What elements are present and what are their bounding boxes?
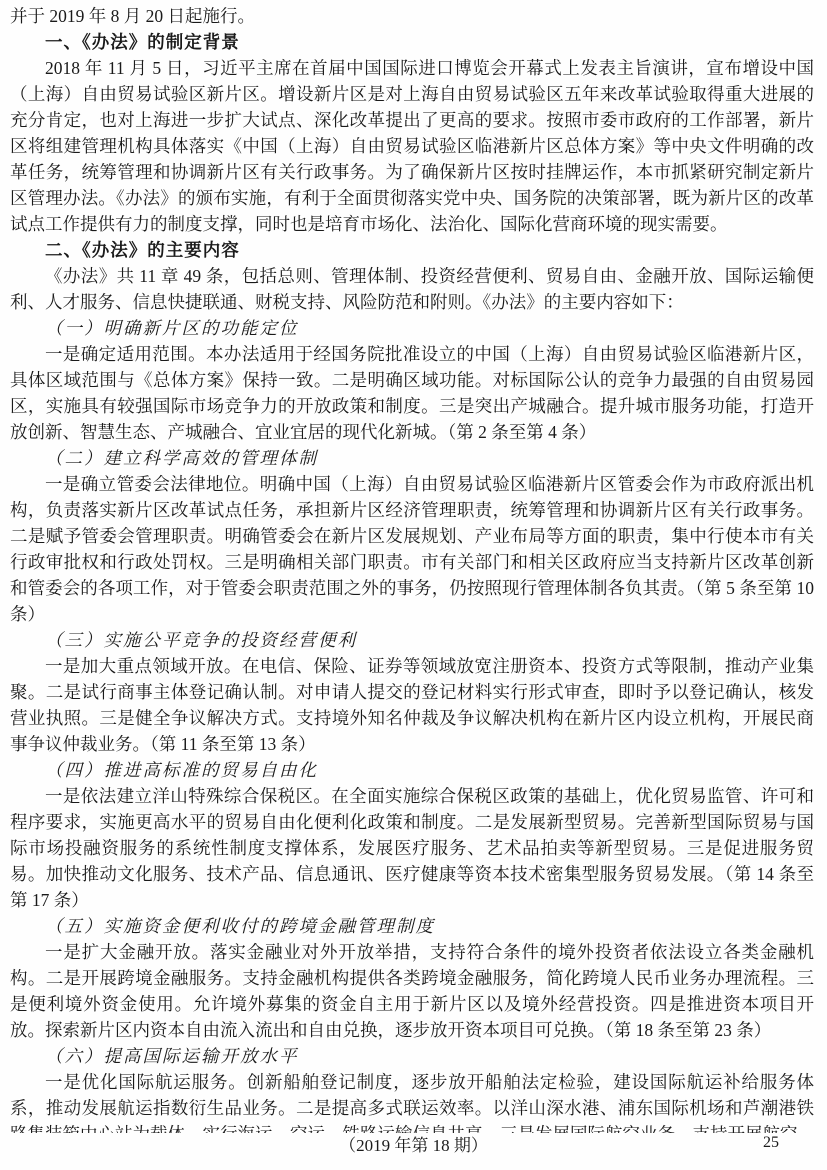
sub-section-heading: （五）实施资金便利收付的跨境金融管理制度: [10, 913, 814, 939]
body-paragraph: 2018 年 11 月 5 日，习近平主席在首届中国国际进口博览会开幕式上发表主…: [10, 55, 814, 237]
body-paragraph: 一是依法建立洋山特殊综合保税区。在全面实施综合保税区政策的基础上，优化贸易监管、…: [10, 783, 814, 913]
footer-issue: （2019 年第 18 期）: [0, 1133, 827, 1159]
sub-section-heading: （一）明确新片区的功能定位: [10, 315, 814, 341]
sub-section-heading: （六）提高国际运输开放水平: [10, 1043, 814, 1069]
body-paragraph: 一是加大重点领域开放。在电信、保险、证券等领域放宽注册资本、投资方式等限制，推动…: [10, 653, 814, 757]
body-paragraph: 一是扩大金融开放。落实金融业对外开放举措，支持符合条件的境外投资者依法设立各类金…: [10, 939, 814, 1043]
sub-section-heading: （三）实施公平竞争的投资经营便利: [10, 627, 814, 653]
section-heading: 二、《办法》的主要内容: [10, 237, 814, 263]
body-paragraph: 一是确定适用范围。本办法适用于经国务院批准设立的中国（上海）自由贸易试验区临港新…: [10, 341, 814, 445]
sub-section-heading: （四）推进高标准的贸易自由化: [10, 757, 814, 783]
document-page: 并于 2019 年 8 月 20 日起施行。一、《办法》的制定背景2018 年 …: [0, 0, 827, 1170]
continuation-paragraph: 并于 2019 年 8 月 20 日起施行。: [10, 3, 814, 29]
page-number: 25: [763, 1130, 779, 1156]
sub-section-heading: （二）建立科学高效的管理体制: [10, 445, 814, 471]
body-paragraph: 一是确立管委会法律地位。明确中国（上海）自由贸易试验区临港新片区管委会作为市政府…: [10, 471, 814, 627]
body-paragraph: 一是优化国际航运服务。创新船舶登记制度，逐步放开船舶法定检验，建设国际航运补给服…: [10, 1069, 814, 1133]
section-heading: 一、《办法》的制定背景: [10, 29, 814, 55]
body-paragraph: 《办法》共 11 章 49 条，包括总则、管理体制、投资经营便利、贸易自由、金融…: [10, 263, 814, 315]
document-body: 并于 2019 年 8 月 20 日起施行。一、《办法》的制定背景2018 年 …: [10, 3, 814, 1133]
